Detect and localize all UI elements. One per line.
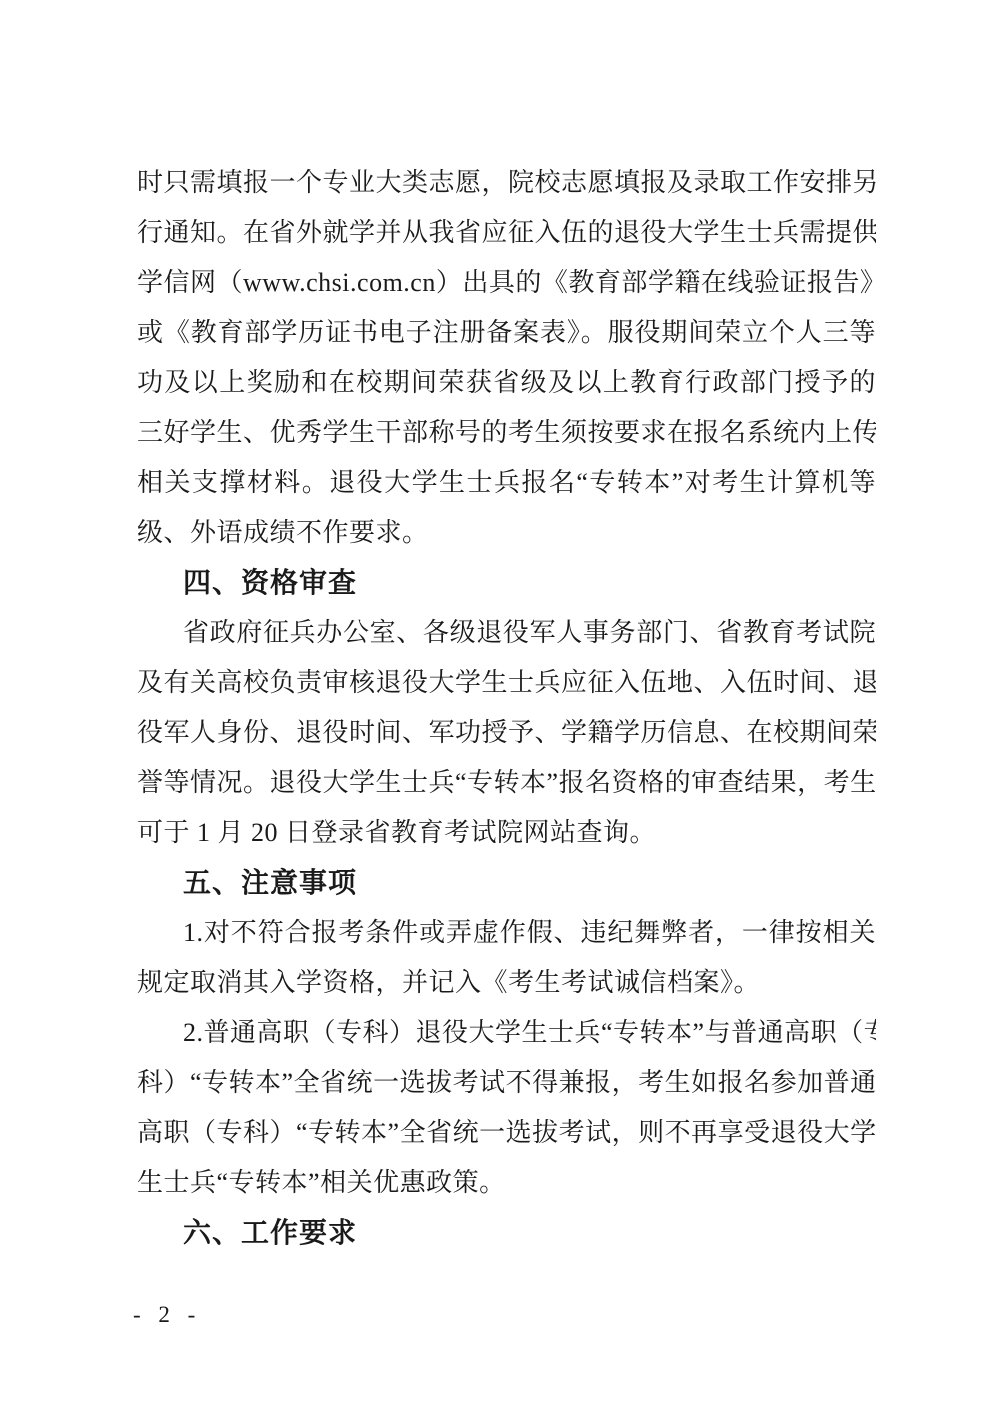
section-heading: 五、注意事项 bbox=[137, 858, 876, 908]
text-line: 誉等情况。退役大学生士兵“专转本”报名资格的审查结果，考生 bbox=[137, 758, 876, 808]
section-heading: 六、工作要求 bbox=[137, 1208, 876, 1258]
text-line: 级、外语成绩不作要求。 bbox=[137, 508, 876, 558]
text-line: 学信网（www.chsi.com.cn）出具的《教育部学籍在线验证报告》 bbox=[137, 258, 876, 308]
text-line: 1.对不符合报考条件或弄虚作假、违纪舞弊者，一律按相关 bbox=[137, 908, 876, 958]
text-line: 及有关高校负责审核退役大学生士兵应征入伍地、入伍时间、退 bbox=[137, 658, 876, 708]
text-line: 三好学生、优秀学生干部称号的考生须按要求在报名系统内上传 bbox=[137, 408, 876, 458]
text-line: 功及以上奖励和在校期间荣获省级及以上教育行政部门授予的 bbox=[137, 358, 876, 408]
text-line: 生士兵“专转本”相关优惠政策。 bbox=[137, 1158, 876, 1208]
text-line: 或《教育部学历证书电子注册备案表》。服役期间荣立个人三等 bbox=[137, 308, 876, 358]
document-page: 时只需填报一个专业大类志愿，院校志愿填报及录取工作安排另行通知。在省外就学并从我… bbox=[0, 0, 1000, 1414]
text-line: 时只需填报一个专业大类志愿，院校志愿填报及录取工作安排另 bbox=[137, 158, 876, 208]
section-heading: 四、资格审查 bbox=[137, 558, 876, 608]
text-line: 省政府征兵办公室、各级退役军人事务部门、省教育考试院 bbox=[137, 608, 876, 658]
paragraph: 2.普通高职（专科）退役大学生士兵“专转本”与普通高职（专科）“专转本”全省统一… bbox=[137, 1008, 876, 1208]
page-number: - 2 - bbox=[133, 1302, 201, 1328]
text-line: 役军人身份、退役时间、军功授予、学籍学历信息、在校期间荣 bbox=[137, 708, 876, 758]
text-line: 相关支撑材料。退役大学生士兵报名“专转本”对考生计算机等 bbox=[137, 458, 876, 508]
document-body: 时只需填报一个专业大类志愿，院校志愿填报及录取工作安排另行通知。在省外就学并从我… bbox=[137, 158, 876, 1258]
paragraph: 省政府征兵办公室、各级退役军人事务部门、省教育考试院及有关高校负责审核退役大学生… bbox=[137, 608, 876, 858]
text-line: 科）“专转本”全省统一选拔考试不得兼报，考生如报名参加普通 bbox=[137, 1058, 876, 1108]
text-line: 可于 1 月 20 日登录省教育考试院网站查询。 bbox=[137, 808, 876, 858]
paragraph: 1.对不符合报考条件或弄虚作假、违纪舞弊者，一律按相关规定取消其入学资格，并记入… bbox=[137, 908, 876, 1008]
text-line: 高职（专科）“专转本”全省统一选拔考试，则不再享受退役大学 bbox=[137, 1108, 876, 1158]
text-line: 规定取消其入学资格，并记入《考生考试诚信档案》。 bbox=[137, 958, 876, 1008]
paragraph: 时只需填报一个专业大类志愿，院校志愿填报及录取工作安排另行通知。在省外就学并从我… bbox=[137, 158, 876, 558]
text-line: 2.普通高职（专科）退役大学生士兵“专转本”与普通高职（专 bbox=[137, 1008, 876, 1058]
text-line: 行通知。在省外就学并从我省应征入伍的退役大学生士兵需提供 bbox=[137, 208, 876, 258]
